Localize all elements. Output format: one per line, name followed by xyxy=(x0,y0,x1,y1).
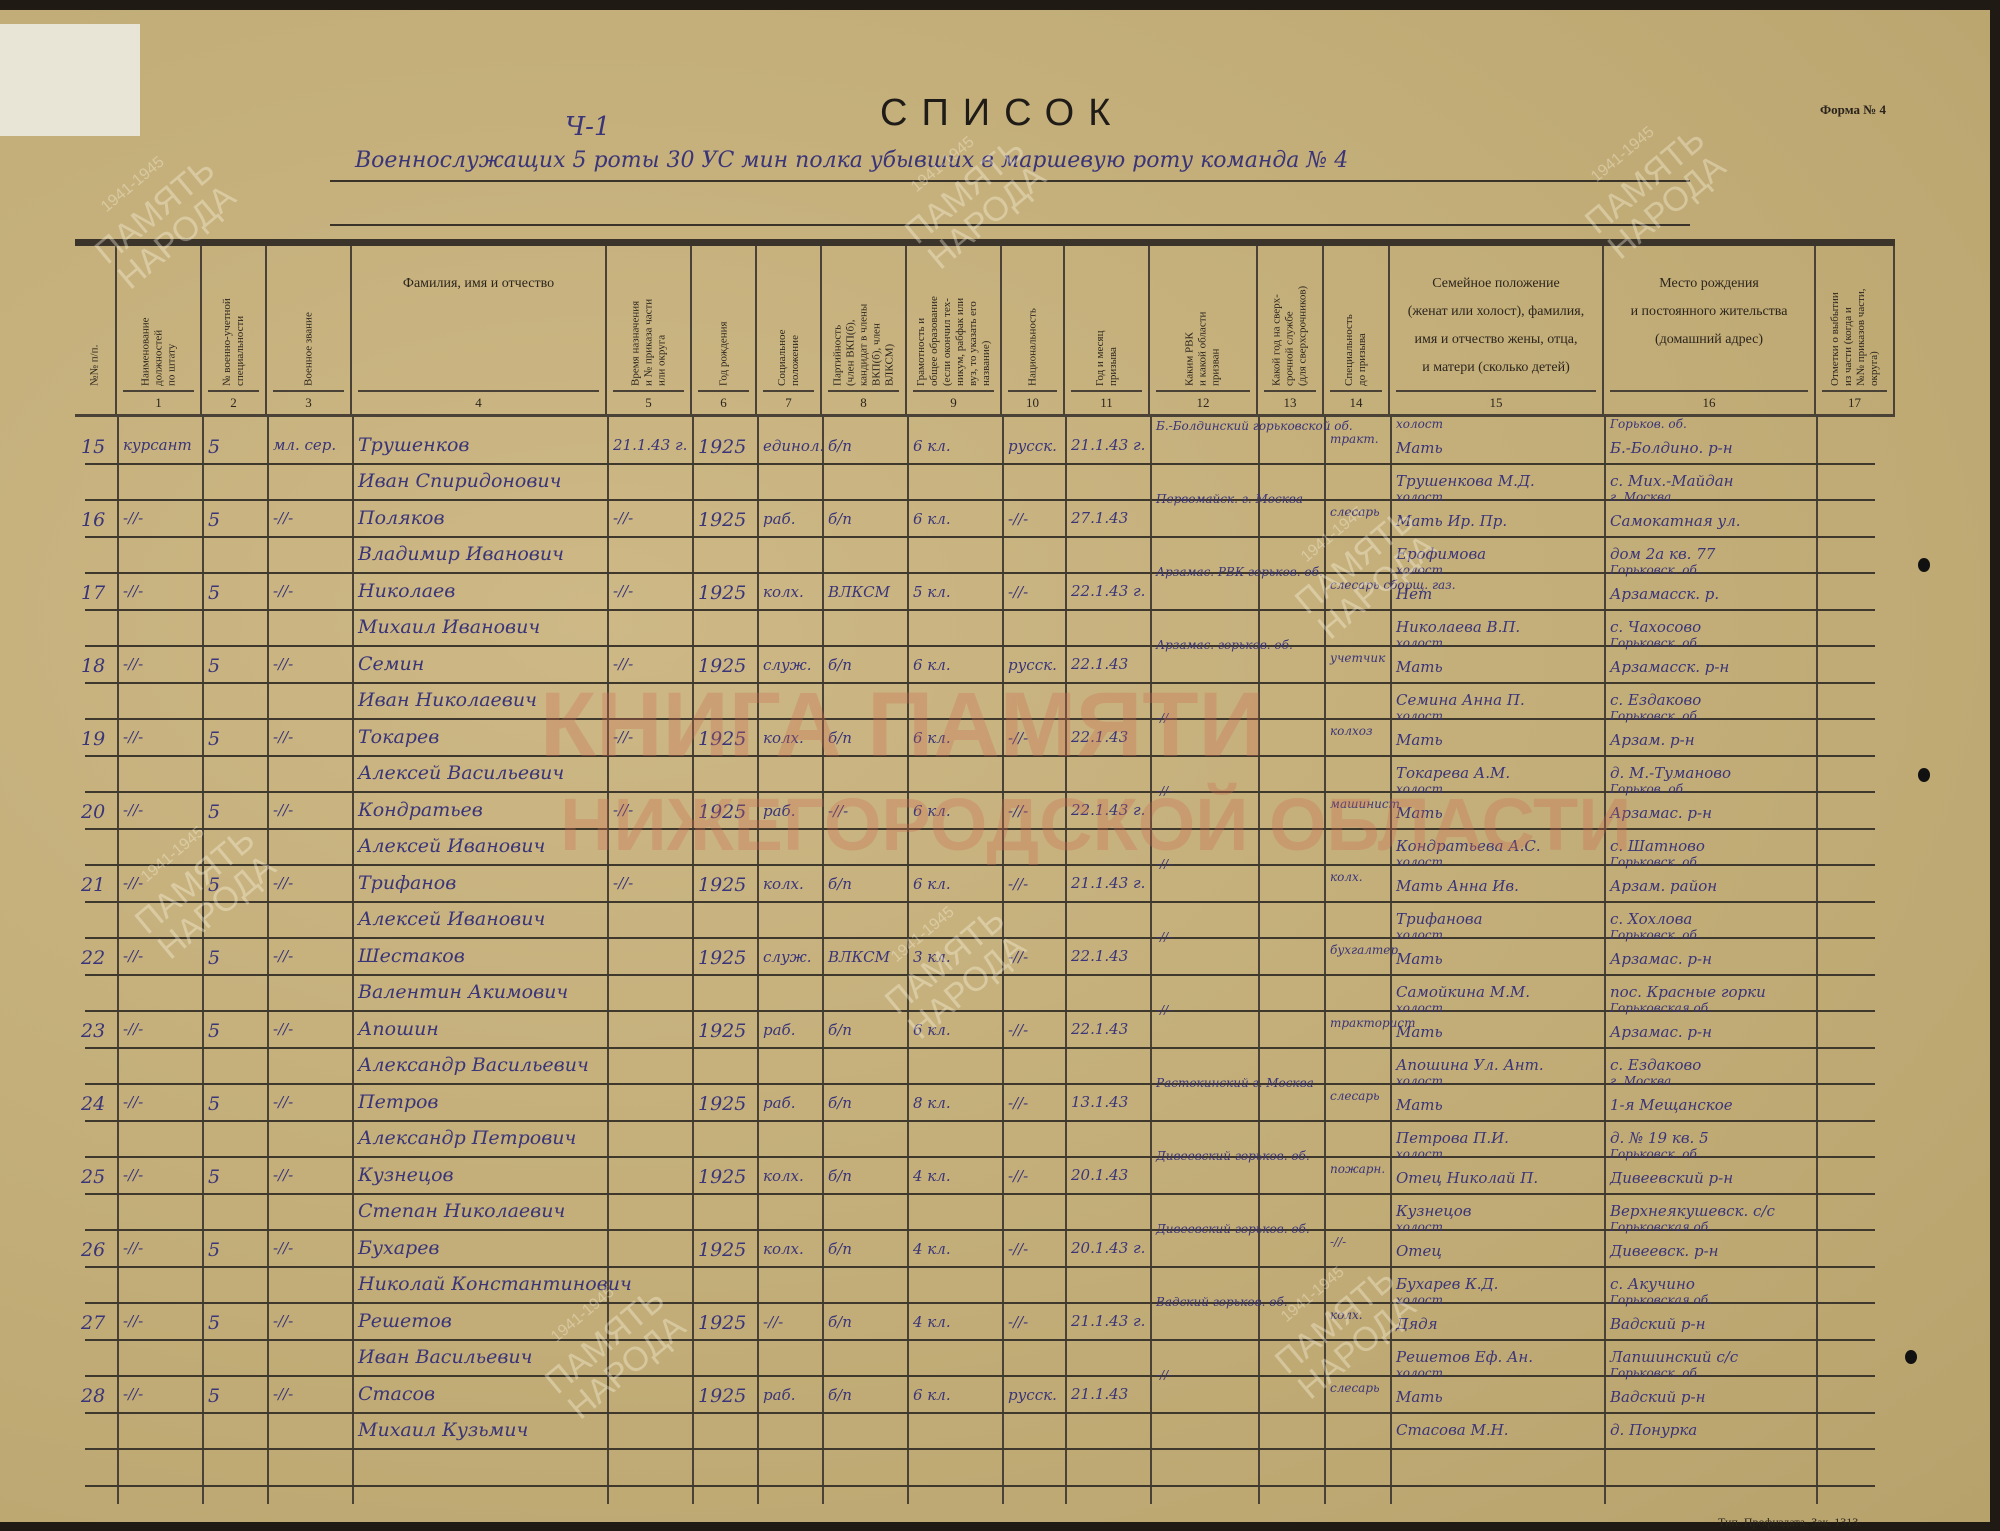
cell-education: 6 кл. xyxy=(913,1386,951,1404)
cell-addr1: Горьковск. об. xyxy=(1610,1366,1701,1380)
cell-rvk: -//- xyxy=(1156,930,1172,944)
cell-specialty: слесарь xyxy=(1330,1089,1380,1103)
cell-surname: Решетов xyxy=(358,1310,452,1332)
cell-specialty: колх. xyxy=(1330,870,1363,884)
cell-addr2: Арзамас. р-н xyxy=(1610,950,1712,968)
cell-social: раб. xyxy=(763,1094,795,1112)
column-number: 13 xyxy=(1264,390,1316,414)
cell-nationality: -//- xyxy=(1008,729,1028,747)
cell-born: 1925 xyxy=(698,436,746,458)
cell-social: раб. xyxy=(763,802,795,820)
cell-born: 1925 xyxy=(698,1020,746,1042)
cell-called: 27.1.43 xyxy=(1071,509,1128,527)
cell-called: 21.1.43 г. xyxy=(1071,1312,1145,1330)
cell-rvk: Растокинский г. Москва xyxy=(1156,1076,1304,1090)
column-header-label: Год и месяц призыва xyxy=(1094,246,1120,386)
cell-no: 15 xyxy=(81,436,105,458)
cell-surname: Апошин xyxy=(358,1018,439,1040)
cell-family2: Мать Ир. Пр. xyxy=(1396,512,1507,530)
cell-education: 6 кл. xyxy=(913,510,951,528)
cell-party: -//- xyxy=(828,802,848,820)
column-divider xyxy=(1002,414,1004,1504)
cell-position: курсант xyxy=(123,436,192,454)
cell-addr2: Арзамасск. р-н xyxy=(1610,658,1729,676)
cell-appointed: -//- xyxy=(613,728,633,746)
watermark-years: 1941-1945 xyxy=(57,117,209,252)
cell-addr1: Горьковск. об. xyxy=(1610,563,1701,577)
cell-party: б/п xyxy=(828,1386,852,1404)
cell-surname: Трифанов xyxy=(358,872,456,894)
cell-rank: -//- xyxy=(273,874,293,892)
cell-family2: Мать xyxy=(1396,658,1443,676)
cell-nationality: -//- xyxy=(1008,1240,1028,1258)
cell-family3: Трифанова xyxy=(1396,910,1483,928)
column-header-16: Место рождения и постоянного жительства … xyxy=(1604,246,1816,414)
cell-position: -//- xyxy=(123,582,143,600)
cell-addr2: Арзам. район xyxy=(1610,877,1717,895)
cell-social: раб. xyxy=(763,1386,795,1404)
cell-name: Михаил Кузьмич xyxy=(358,1419,528,1441)
cell-education: 5 кл. xyxy=(913,583,951,601)
cell-nationality: -//- xyxy=(1008,1094,1028,1112)
cell-addr2: Дивеевск. р-н xyxy=(1610,1242,1719,1260)
cell-born: 1925 xyxy=(698,801,746,823)
cell-name: Иван Николаевич xyxy=(358,689,537,711)
cell-vus: 5 xyxy=(208,1020,220,1042)
cell-social: раб. xyxy=(763,510,795,528)
cell-nationality: -//- xyxy=(1008,1313,1028,1331)
cell-called: 20.1.43 xyxy=(1071,1166,1128,1184)
cell-education: 6 кл. xyxy=(913,802,951,820)
cell-party: б/п xyxy=(828,510,852,528)
cell-rvk: -//- xyxy=(1156,1368,1172,1382)
cell-party: б/п xyxy=(828,1313,852,1331)
cell-nationality: -//- xyxy=(1008,1021,1028,1039)
cell-party: б/п xyxy=(828,1240,852,1258)
cell-no: 21 xyxy=(81,874,105,896)
cell-addr2: 1-я Мещанское xyxy=(1610,1096,1733,1114)
cell-addr1: Горьковск. об. xyxy=(1610,928,1701,942)
cell-position: -//- xyxy=(123,1166,143,1184)
cell-position: -//- xyxy=(123,655,143,673)
cell-social: колх. xyxy=(763,583,804,601)
cell-addr2: Вадский р-н xyxy=(1610,1315,1705,1333)
cell-addr1: Горьков. об. xyxy=(1610,417,1687,431)
cell-education: 4 кл. xyxy=(913,1313,951,1331)
cell-name: Александр Васильевич xyxy=(358,1054,589,1076)
cell-no: 24 xyxy=(81,1093,105,1115)
cell-vus: 5 xyxy=(208,874,220,896)
cell-surname: Бухарев xyxy=(358,1237,440,1259)
cell-party: б/п xyxy=(828,1094,852,1112)
cell-family1: холост xyxy=(1396,1220,1443,1234)
cell-family2: Дядя xyxy=(1396,1315,1438,1333)
cell-born: 1925 xyxy=(698,1166,746,1188)
cell-no: 16 xyxy=(81,509,105,531)
column-header-6: Год рождения6 xyxy=(692,246,757,414)
cell-addr1: г. Москва xyxy=(1610,1074,1671,1088)
cell-family1: холост xyxy=(1396,928,1443,942)
row-rule xyxy=(85,937,1875,939)
cell-born: 1925 xyxy=(698,509,746,531)
cell-addr3: д. Понурка xyxy=(1610,1421,1697,1439)
column-header-14: Специальность до призыва14 xyxy=(1324,246,1390,414)
row-rule xyxy=(85,901,1875,903)
cell-addr3: Лапшинский с/с xyxy=(1610,1348,1738,1366)
row-rule xyxy=(85,791,1875,793)
cell-rank: -//- xyxy=(273,1093,293,1111)
cell-called: 21.1.43 г. xyxy=(1071,436,1145,454)
cell-family2: Нет xyxy=(1396,585,1432,603)
cell-rank: -//- xyxy=(273,728,293,746)
cell-addr1: Горьковская об. xyxy=(1610,1293,1712,1307)
cell-education: 6 кл. xyxy=(913,437,951,455)
column-header-15: Семейное положение (женат или холост), ф… xyxy=(1390,246,1604,414)
cell-rvk: Вадский горьков. об. xyxy=(1156,1295,1288,1309)
cell-addr3: с. Мих.-Майдан xyxy=(1610,472,1734,490)
column-header-12: Каким РВК и какой области призван12 xyxy=(1150,246,1258,414)
cell-surname: Кузнецов xyxy=(358,1164,454,1186)
row-rule xyxy=(85,536,1875,538)
cell-rvk: Дивеевский горьков. об. xyxy=(1156,1222,1304,1236)
table-top-rule xyxy=(75,239,1895,246)
cell-family1: холост xyxy=(1396,855,1443,869)
column-header-label: Национальность xyxy=(1026,246,1039,386)
row-rule xyxy=(85,1448,1875,1450)
cell-family1: холост xyxy=(1396,563,1443,577)
row-rule xyxy=(85,1339,1875,1341)
column-divider xyxy=(352,414,354,1504)
cell-vus: 5 xyxy=(208,1093,220,1115)
cell-called: 22.1.43 xyxy=(1071,655,1128,673)
cell-social: колх. xyxy=(763,1240,804,1258)
punch-hole xyxy=(1918,768,1930,782)
column-number: 1 xyxy=(123,390,194,414)
row-rule xyxy=(85,718,1875,720)
cell-addr1: Горьковск. об. xyxy=(1610,709,1701,723)
column-header-label: Социальное положение xyxy=(776,246,802,386)
watermark-years: 1941-1945 xyxy=(1547,87,1699,222)
column-number: 5 xyxy=(613,390,684,414)
cell-social: служ. xyxy=(763,948,811,966)
column-number: 6 xyxy=(698,390,749,414)
column-divider xyxy=(1150,414,1152,1504)
cell-vus: 5 xyxy=(208,436,220,458)
cell-family3: Петрова П.И. xyxy=(1396,1129,1509,1147)
cell-family2: Мать xyxy=(1396,950,1443,968)
cell-family1: холост xyxy=(1396,490,1443,504)
cell-family1: холост xyxy=(1396,417,1443,431)
column-divider xyxy=(822,414,824,1504)
cell-party: ВЛКСМ xyxy=(828,948,890,966)
punch-hole xyxy=(1918,558,1930,572)
cell-rvk: -//- xyxy=(1156,857,1172,871)
subtitle-underline xyxy=(330,180,1690,182)
cell-addr2: Арзамасск. р. xyxy=(1610,585,1719,603)
cell-family3: Токарева А.М. xyxy=(1396,764,1510,782)
cell-vus: 5 xyxy=(208,801,220,823)
cell-position: -//- xyxy=(123,1385,143,1403)
cell-rank: -//- xyxy=(273,655,293,673)
cell-born: 1925 xyxy=(698,1093,746,1115)
cell-called: 22.1.43 г. xyxy=(1071,801,1145,819)
cell-addr2: Самокатная ул. xyxy=(1610,512,1741,530)
cell-no: 25 xyxy=(81,1166,105,1188)
cell-addr2: Вадский р-н xyxy=(1610,1388,1705,1406)
column-header-label: Наименование должностей по штату xyxy=(139,246,178,386)
cell-specialty: слесарь xyxy=(1330,505,1380,519)
cell-education: 3 кл. xyxy=(913,948,951,966)
cell-addr3: с. Ездаково xyxy=(1610,691,1701,709)
cell-surname: Кондратьев xyxy=(358,799,483,821)
cell-nationality: русск. xyxy=(1008,437,1057,455)
column-divider xyxy=(267,414,269,1504)
cell-position: -//- xyxy=(123,801,143,819)
cell-family2: Отец xyxy=(1396,1242,1442,1260)
cell-family2: Мать xyxy=(1396,804,1443,822)
cell-rank: -//- xyxy=(273,1385,293,1403)
cell-no: 19 xyxy=(81,728,105,750)
cell-nationality: русск. xyxy=(1008,1386,1057,1404)
cell-no: 22 xyxy=(81,947,105,969)
column-number: 8 xyxy=(828,390,899,414)
cell-appointed: -//- xyxy=(613,874,633,892)
row-rule xyxy=(85,755,1875,757)
cell-rank: -//- xyxy=(273,947,293,965)
form-number: Форма № 4 xyxy=(1820,102,1886,118)
row-rule xyxy=(85,974,1875,976)
row-rule xyxy=(85,463,1875,465)
cell-education: 8 кл. xyxy=(913,1094,951,1112)
cell-rank: -//- xyxy=(273,1166,293,1184)
watermark-label: ПАМЯТЬ НАРОДА xyxy=(529,1273,703,1434)
column-number: 14 xyxy=(1330,390,1382,414)
cell-appointed: -//- xyxy=(613,801,633,819)
cell-addr1: Горьковск. об. xyxy=(1610,636,1701,650)
cell-born: 1925 xyxy=(698,874,746,896)
cell-family2: Мать xyxy=(1396,439,1443,457)
column-divider xyxy=(1816,414,1818,1504)
column-number: 11 xyxy=(1071,390,1142,414)
cell-family3: Трушенкова М.Д. xyxy=(1396,472,1535,490)
row-rule xyxy=(85,682,1875,684)
cell-no: 27 xyxy=(81,1312,105,1334)
cell-family1: холост xyxy=(1396,636,1443,650)
cell-addr1: Горьковск. об. xyxy=(1610,855,1701,869)
cell-family3: Решетов Еф. Ан. xyxy=(1396,1348,1533,1366)
column-header-1: Наименование должностей по штату1 xyxy=(117,246,202,414)
cell-rvk: -//- xyxy=(1156,711,1172,725)
cell-called: 22.1.43 xyxy=(1071,1020,1128,1038)
column-header-label: Специальность до призыва xyxy=(1343,246,1369,386)
column-number: 12 xyxy=(1156,390,1250,414)
row-rule xyxy=(85,1485,1875,1487)
column-header-13: Какой год на сверх- срочной службе (для … xyxy=(1258,246,1324,414)
cell-called: 21.1.43 xyxy=(1071,1385,1128,1403)
column-header-label: Время назначения и № приказа части или о… xyxy=(629,246,668,386)
column-header-label: Фамилия, имя и отчество xyxy=(352,270,605,298)
column-divider xyxy=(907,414,909,1504)
row-rule xyxy=(85,1083,1875,1085)
cell-family2: Отец Николай П. xyxy=(1396,1169,1538,1187)
cell-family3: Ерофимова xyxy=(1396,545,1486,563)
row-rule xyxy=(85,828,1875,830)
column-header-8: Партийность (член ВКП(б), кандидат в чле… xyxy=(822,246,907,414)
cell-name: Алексей Иванович xyxy=(358,835,545,857)
cell-called: 22.1.43 xyxy=(1071,947,1128,965)
column-header-label: №№ п/п. xyxy=(89,246,102,386)
column-header-label: Место рождения и постоянного жительства … xyxy=(1604,270,1814,354)
cell-addr1: Горьковск. об. xyxy=(1610,1147,1701,1161)
cell-family3: Самойкина М.М. xyxy=(1396,983,1530,1001)
cell-addr3: пос. Красные горки xyxy=(1610,983,1766,1001)
column-header-label: Каким РВК и какой области призван xyxy=(1184,246,1223,386)
column-header-3: Военное звание3 xyxy=(267,246,352,414)
cell-addr3: Верхнеякушевск. с/с xyxy=(1610,1202,1775,1220)
column-header-9: Грамотность и общее образование (если ок… xyxy=(907,246,1002,414)
row-rule xyxy=(85,1120,1875,1122)
cell-family1: холост xyxy=(1396,1001,1443,1015)
cell-social: раб. xyxy=(763,1021,795,1039)
column-header-label: Какой год на сверх- срочной службе (для … xyxy=(1271,246,1310,386)
cell-addr3: с. Акучино xyxy=(1610,1275,1695,1293)
cell-social: колх. xyxy=(763,875,804,893)
cell-position: -//- xyxy=(123,874,143,892)
watermark-region: НИЖЕГОРОДСКОЙ ОБЛАСТИ xyxy=(560,780,1631,870)
cell-specialty: -//- xyxy=(1330,1235,1346,1249)
cell-surname: Николаев xyxy=(358,580,455,602)
column-number: 3 xyxy=(273,390,344,414)
printer-footer: Тип. Профиздата. Зак. 1313. xyxy=(1718,1515,1861,1530)
column-header-label: Отметки о выбытии из части (когда и №№ п… xyxy=(1829,246,1881,386)
cell-name: Михаил Иванович xyxy=(358,616,540,638)
column-header-17: Отметки о выбытии из части (когда и №№ п… xyxy=(1816,246,1895,414)
column-header-11: Год и месяц призыва11 xyxy=(1065,246,1150,414)
cell-family1: холост xyxy=(1396,782,1443,796)
cell-addr2: Арзамас. р-н xyxy=(1610,804,1712,822)
column-divider xyxy=(692,414,694,1504)
cell-family2: Мать xyxy=(1396,1096,1443,1114)
row-rule xyxy=(85,1047,1875,1049)
column-number: 16 xyxy=(1610,390,1808,414)
row-rule xyxy=(85,1010,1875,1012)
cell-no: 26 xyxy=(81,1239,105,1261)
cell-family2: Мать xyxy=(1396,1023,1443,1041)
cell-surname: Петров xyxy=(358,1091,439,1113)
cell-vus: 5 xyxy=(208,1385,220,1407)
cell-vus: 5 xyxy=(208,1166,220,1188)
cell-addr3: с. Ездаково xyxy=(1610,1056,1701,1074)
cell-rank: -//- xyxy=(273,801,293,819)
cell-specialty: колх. xyxy=(1330,1308,1363,1322)
cell-appointed: -//- xyxy=(613,582,633,600)
cell-nationality: -//- xyxy=(1008,583,1028,601)
cell-family1: холост xyxy=(1396,1147,1443,1161)
column-number: 10 xyxy=(1008,390,1057,414)
cell-called: 22.1.43 г. xyxy=(1071,582,1145,600)
cell-position: -//- xyxy=(123,1020,143,1038)
cell-family3: Бухарев К.Д. xyxy=(1396,1275,1498,1293)
column-divider xyxy=(1065,414,1067,1504)
row-rule xyxy=(85,499,1875,501)
cell-born: 1925 xyxy=(698,728,746,750)
cell-name: Алексей Иванович xyxy=(358,908,545,930)
cell-name: Иван Спиридонович xyxy=(358,470,561,492)
row-rule xyxy=(85,864,1875,866)
cell-rvk: -//- xyxy=(1156,784,1172,798)
row-rule xyxy=(85,1156,1875,1158)
cell-nationality: -//- xyxy=(1008,948,1028,966)
column-number: 7 xyxy=(763,390,814,414)
cell-rvk: -//- xyxy=(1156,1003,1172,1017)
cell-family2: Мать xyxy=(1396,731,1443,749)
cell-addr3: с. Хохлова xyxy=(1610,910,1692,928)
column-divider xyxy=(1324,414,1326,1504)
cell-specialty: пожарн. xyxy=(1330,1162,1385,1176)
cell-vus: 5 xyxy=(208,947,220,969)
cell-specialty: слесарь xyxy=(1330,1381,1380,1395)
column-divider xyxy=(1604,414,1606,1504)
cell-no: 23 xyxy=(81,1020,105,1042)
cell-appointed: 21.1.43 г. xyxy=(613,436,687,454)
cell-specialty: учетчик xyxy=(1330,651,1385,665)
cell-addr1: Горьковская об. xyxy=(1610,1001,1712,1015)
row-rule xyxy=(85,1375,1875,1377)
column-number: 2 xyxy=(208,390,259,414)
cell-party: б/п xyxy=(828,875,852,893)
page-title: СПИСОК xyxy=(880,92,1124,135)
cell-nationality: -//- xyxy=(1008,802,1028,820)
cell-family1: холост xyxy=(1396,1366,1443,1380)
cell-surname: Стасов xyxy=(358,1383,435,1405)
cell-rank: -//- xyxy=(273,1020,293,1038)
cell-position: -//- xyxy=(123,947,143,965)
cell-rvk: Первомайск. г. Москва xyxy=(1156,492,1303,506)
cell-rank: -//- xyxy=(273,509,293,527)
cell-family3: Николаева В.П. xyxy=(1396,618,1520,636)
cell-born: 1925 xyxy=(698,582,746,604)
column-number: 4 xyxy=(358,390,599,414)
cell-family1: холост xyxy=(1396,709,1443,723)
cell-no: 17 xyxy=(81,582,105,604)
cell-position: -//- xyxy=(123,1093,143,1111)
archive-mark: Ч-1 xyxy=(565,112,610,142)
column-header-7: Социальное положение7 xyxy=(757,246,822,414)
cell-social: служ. xyxy=(763,656,811,674)
cell-family3: Кондратьева А.С. xyxy=(1396,837,1541,855)
tape-strip xyxy=(0,24,140,136)
cell-appointed: -//- xyxy=(613,509,633,527)
column-header-label: Военное звание xyxy=(302,246,315,386)
cell-no: 20 xyxy=(81,801,105,823)
cell-party: б/п xyxy=(828,656,852,674)
cell-name: Алексей Васильевич xyxy=(358,762,564,784)
cell-nationality: -//- xyxy=(1008,510,1028,528)
cell-specialty: колхоз xyxy=(1330,724,1373,738)
row-rule xyxy=(85,572,1875,574)
list-subtitle: Военнослужащих 5 роты 30 УС мин полка уб… xyxy=(355,148,1348,173)
column-header-5: Время назначения и № приказа части или о… xyxy=(607,246,692,414)
cell-rvk: Арзамас. горьков. об. xyxy=(1156,638,1293,652)
cell-name: Владимир Иванович xyxy=(358,543,564,565)
cell-rvk: Б.-Болдинский горьковской об. xyxy=(1156,419,1304,433)
column-divider xyxy=(607,414,609,1504)
cell-specialty: тракт. xyxy=(1330,432,1379,446)
cell-vus: 5 xyxy=(208,1239,220,1261)
column-divider xyxy=(117,414,119,1504)
cell-addr3: с. Чахосово xyxy=(1610,618,1701,636)
cell-born: 1925 xyxy=(698,947,746,969)
